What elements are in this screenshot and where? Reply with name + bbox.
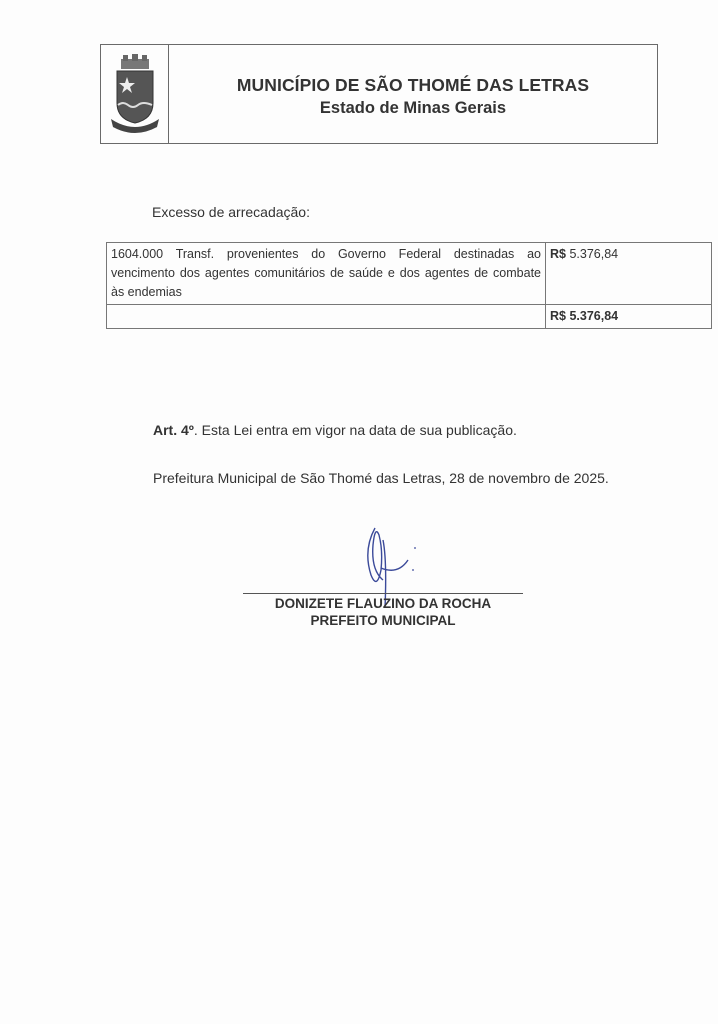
amount: 5.376,84 — [569, 247, 618, 261]
row-value: R$ 5.376,84 — [546, 243, 712, 305]
title-cell: MUNICÍPIO DE SÃO THOMÉ DAS LETRAS Estado… — [169, 45, 657, 143]
municipality-title: MUNICÍPIO DE SÃO THOMÉ DAS LETRAS — [237, 75, 589, 96]
table-row: 1604.000 Transf. provenientes do Governo… — [107, 243, 712, 305]
document-header: MUNICÍPIO DE SÃO THOMÉ DAS LETRAS Estado… — [100, 44, 658, 144]
signer-name: DONIZETE FLAUZINO DA ROCHA — [243, 596, 523, 611]
signer-role: PREFEITO MUNICIPAL — [243, 613, 523, 628]
total-value: R$ 5.376,84 — [546, 305, 712, 329]
state-subtitle: Estado de Minas Gerais — [320, 99, 506, 118]
place-date: Prefeitura Municipal de São Thomé das Le… — [153, 470, 609, 486]
total-description — [107, 305, 546, 329]
article-text: . Esta Lei entra em vigor na data de sua… — [194, 422, 517, 438]
article-4: Art. 4º. Esta Lei entra em vigor na data… — [153, 422, 517, 438]
row-description: 1604.000 Transf. provenientes do Governo… — [107, 243, 546, 305]
revenue-table: 1604.000 Transf. provenientes do Governo… — [106, 242, 712, 329]
signature-block: DONIZETE FLAUZINO DA ROCHA PREFEITO MUNI… — [243, 520, 523, 630]
logo-cell — [101, 45, 169, 143]
currency-symbol: R$ — [550, 247, 566, 261]
section-label: Excesso de arrecadação: — [152, 204, 310, 220]
coat-of-arms-icon — [107, 53, 163, 135]
signature-line — [243, 593, 523, 594]
article-label: Art. 4º — [153, 422, 194, 438]
total-row: R$ 5.376,84 — [107, 305, 712, 329]
